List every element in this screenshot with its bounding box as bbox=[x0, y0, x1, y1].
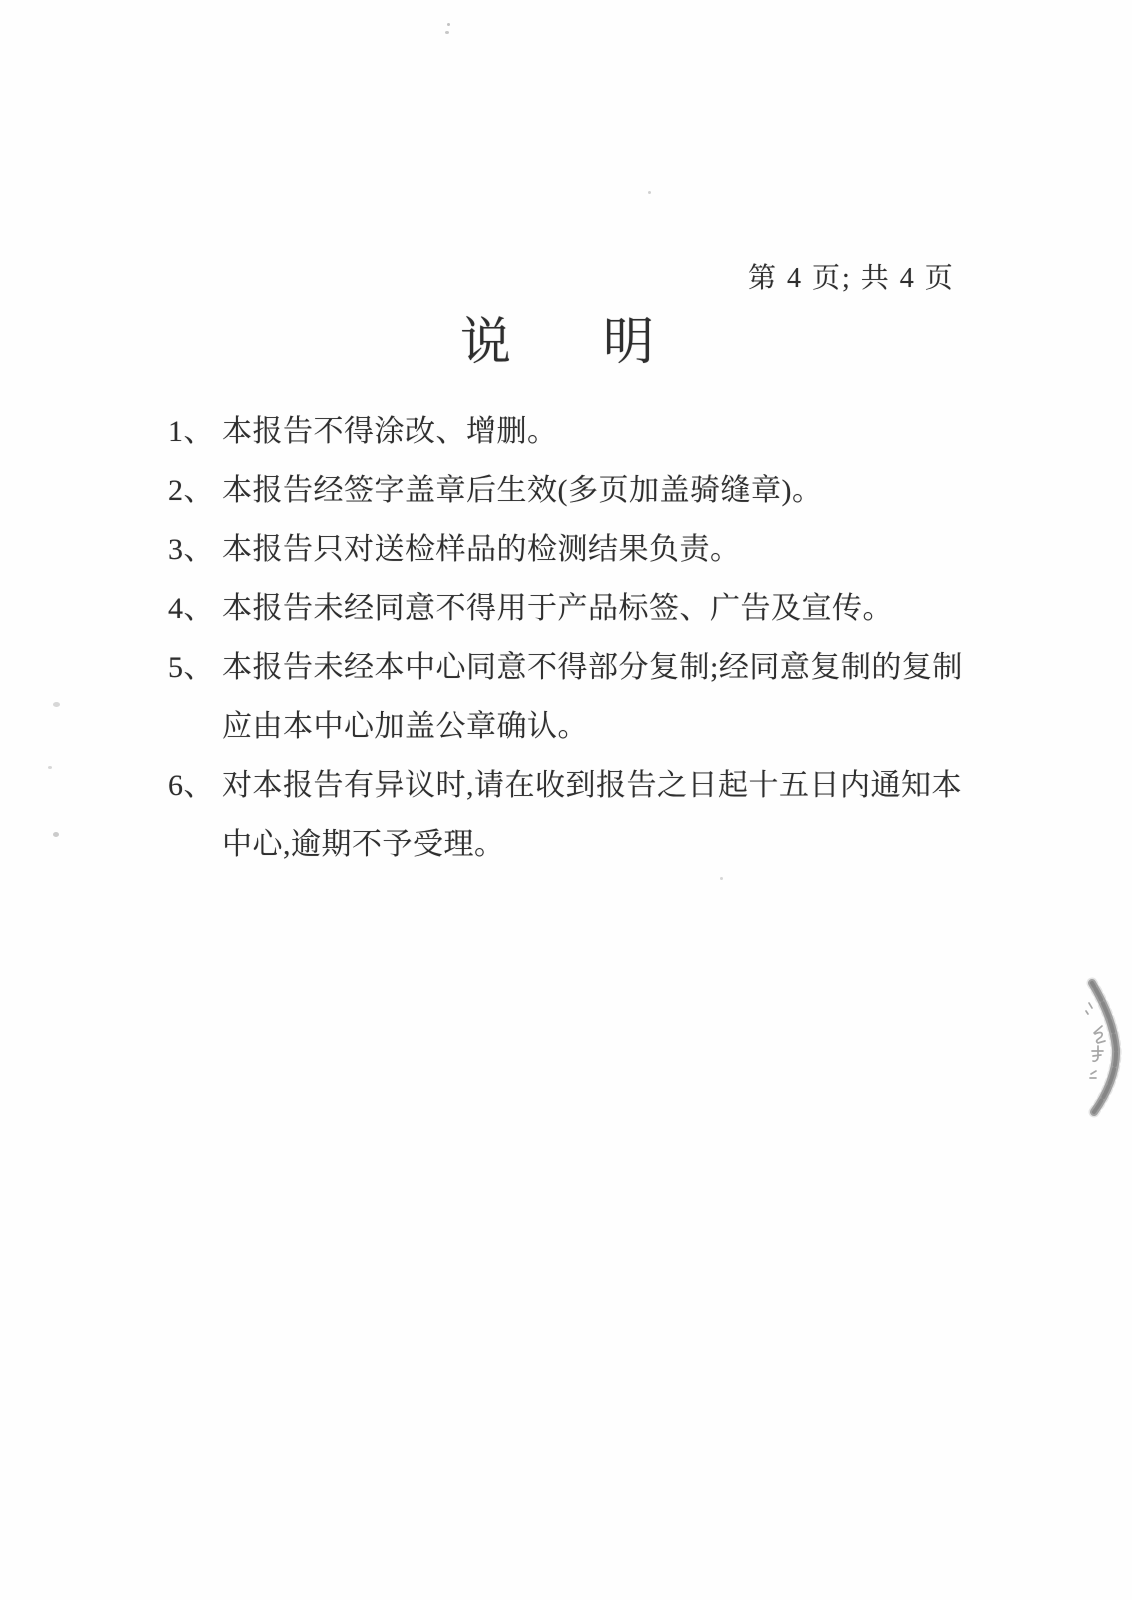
scan-speck bbox=[447, 23, 450, 26]
note-number: 4、 bbox=[168, 588, 222, 630]
note-number: 6、 bbox=[168, 765, 222, 807]
scan-speck bbox=[53, 702, 60, 707]
note-text: 本报告只对送检样品的检测结果负责。 bbox=[222, 533, 741, 566]
note-text: 本报告未经同意不得用于产品标签、广告及宣传。 bbox=[222, 592, 893, 625]
note-number: 1、 bbox=[168, 411, 222, 453]
note-text: 本报告未经本中心同意不得部分复制;经同意复制的复制 bbox=[222, 651, 963, 684]
note-line-6: 6、对本报告有异议时,请在收到报告之日起十五日内通知本 bbox=[168, 765, 962, 807]
title-char-second: 明 bbox=[603, 314, 654, 372]
note-line-6-continuation: 中心,逾期不予受理。 bbox=[222, 824, 505, 866]
page-indicator: 第 4 页; 共 4 页 bbox=[748, 256, 955, 296]
scan-speck bbox=[53, 832, 59, 837]
page-title: 说 明 bbox=[460, 314, 654, 372]
note-line-5: 5、本报告未经本中心同意不得部分复制;经同意复制的复制 bbox=[168, 647, 963, 689]
note-text: 本报告经签字盖章后生效(多页加盖骑缝章)。 bbox=[222, 474, 822, 507]
scanned-report-notes-page: 第 4 页; 共 4 页 说 明 1、本报告不得涂改、增删。 2、本报告经签字盖… bbox=[0, 0, 1132, 1600]
note-line-1: 1、本报告不得涂改、增删。 bbox=[168, 411, 558, 453]
note-text: 本报告不得涂改、增删。 bbox=[222, 415, 558, 448]
note-line-4: 4、本报告未经同意不得用于产品标签、广告及宣传。 bbox=[168, 588, 893, 630]
scan-speck bbox=[445, 31, 449, 34]
note-text: 应由本中心加盖公章确认。 bbox=[222, 710, 588, 743]
title-char-first: 说 bbox=[460, 314, 511, 372]
note-line-2: 2、本报告经签字盖章后生效(多页加盖骑缝章)。 bbox=[168, 470, 822, 512]
scan-speck bbox=[720, 877, 723, 880]
stamp-arc-icon bbox=[1056, 970, 1126, 1125]
note-text: 对本报告有异议时,请在收到报告之日起十五日内通知本 bbox=[222, 769, 962, 802]
note-line-3: 3、本报告只对送检样品的检测结果负责。 bbox=[168, 529, 741, 571]
note-line-5-continuation: 应由本中心加盖公章确认。 bbox=[222, 706, 588, 748]
note-number: 5、 bbox=[168, 647, 222, 689]
scan-speck bbox=[48, 766, 52, 769]
note-text: 中心,逾期不予受理。 bbox=[222, 828, 505, 861]
note-number: 3、 bbox=[168, 529, 222, 571]
scan-speck bbox=[648, 191, 651, 194]
note-number: 2、 bbox=[168, 470, 222, 512]
